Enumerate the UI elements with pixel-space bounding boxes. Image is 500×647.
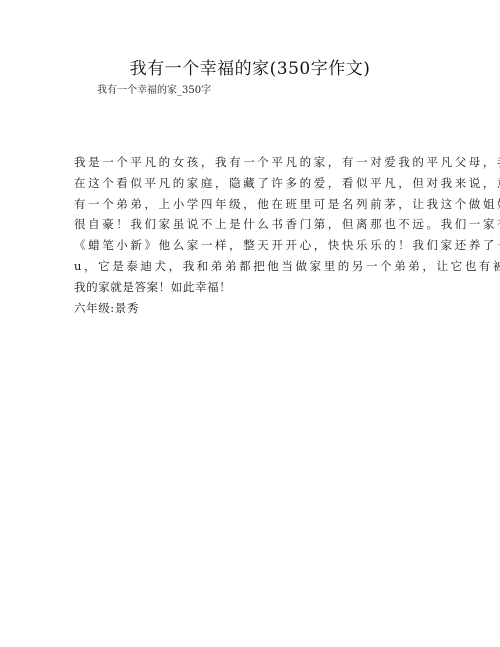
body-line: 我是一个平凡的女孩，我有一个平凡的家，有一对爱我的平凡父母，我很幸福！	[74, 152, 434, 173]
document-body: 我是一个平凡的女孩，我有一个平凡的家，有一对爱我的平凡父母，我很幸福！ 在这个看…	[74, 152, 434, 318]
body-line: 有一个弟弟，上小学四年级，他在班里可是名列前茅，让我这个做姐姐的，都感到	[74, 194, 434, 215]
document-page: 我有一个幸福的家(350字作文) 我有一个幸福的家_350字 我是一个平凡的女孩…	[0, 0, 500, 647]
body-line: 在这个看似平凡的家庭，隐藏了许多的爱，看似平凡，但对我来说，意义重大！我	[74, 173, 434, 194]
document-subtitle: 我有一个幸福的家_350字	[97, 84, 211, 98]
body-line: 很自豪！我们家虽说不上是什么书香门第，但离那也不远。我们一家有时特别像	[74, 214, 434, 235]
body-line: 我的家就是答案！如此幸福！	[74, 277, 434, 298]
author-signature: 六年级:景秀	[74, 298, 434, 319]
body-line: u，它是泰迪犬，我和弟弟都把他当做家里的另一个弟弟，让它也有被爱的感觉！	[74, 256, 434, 277]
body-line: 《蜡笔小新》他么家一样，整天开开心，快快乐乐的！我们家还养了一只狗叫阿	[74, 235, 434, 256]
document-title: 我有一个幸福的家(350字作文)	[0, 58, 500, 80]
